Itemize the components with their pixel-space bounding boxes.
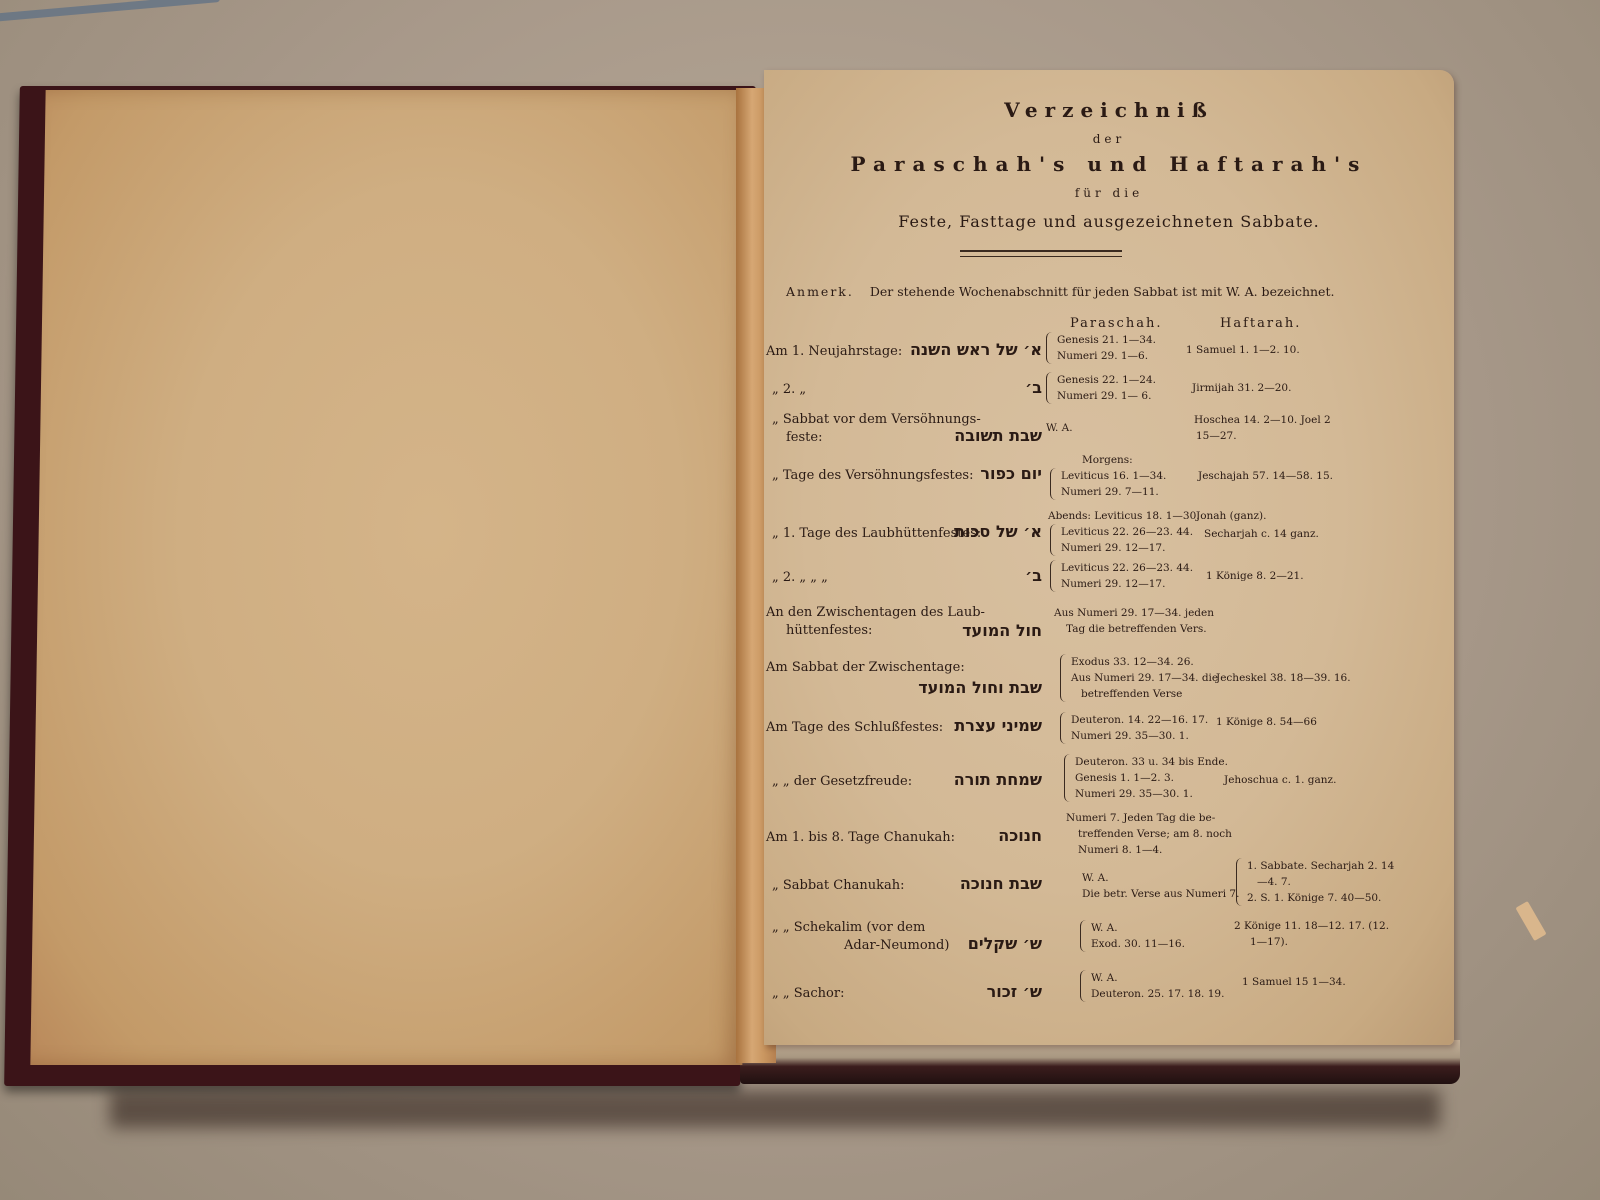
- paraschah-line: Die betr. Verse aus Numeri 7.: [1082, 886, 1239, 902]
- haftarah-line: 15—27.: [1194, 428, 1331, 444]
- paraschah-line: Numeri 29. 12—17.: [1061, 576, 1193, 592]
- paraschah-line: Leviticus 22. 26—23. 44.: [1061, 524, 1193, 540]
- paraschah-line: Aus Numeri 29. 17—34. jeden: [1054, 605, 1214, 621]
- paraschah-line: Numeri 29. 1—6.: [1057, 348, 1156, 364]
- haftarah-line: Jehoschua c. 1. ganz.: [1224, 772, 1336, 788]
- paraschah-line: betreffenden Verse: [1071, 686, 1218, 702]
- paraschah-line: Numeri 29. 35—30. 1.: [1071, 728, 1208, 744]
- row-label: Am Tage des Schlußfestes:: [766, 720, 943, 735]
- haftarah-line: Secharjah c. 14 ganz.: [1204, 526, 1319, 542]
- row-haftarah: 2 Könige 11. 18—12. 17. (12. 1—17).: [1234, 918, 1389, 950]
- row-hebrew: חנוכה: [998, 826, 1042, 845]
- haftarah-line: 1 Samuel 1. 1—2. 10.: [1186, 342, 1300, 358]
- paraschah-line: Exodus 33. 12—34. 26.: [1071, 654, 1218, 670]
- haftarah-line: Hoschea 14. 2—10. Joel 2: [1194, 412, 1331, 428]
- haftarah-prefix: Jonah (ganz).: [1196, 508, 1266, 524]
- row-hebrew: חול המועד: [962, 621, 1042, 640]
- paraschah-line: Genesis 22. 1—24.: [1057, 372, 1156, 388]
- row-hebrew: ש׳ זכור: [987, 982, 1042, 1001]
- title-divider: [960, 250, 1122, 257]
- row-hebrew: שבת וחול המועד: [918, 678, 1042, 697]
- row-paraschah: Leviticus 16. 1—34. Numeri 29. 7—11.: [1050, 468, 1166, 500]
- haftarah-line: 1 Könige 8. 54—66: [1216, 714, 1317, 730]
- left-page-blank: [30, 90, 757, 1065]
- paraschah-line: Deuteron. 25. 17. 18. 19.: [1091, 986, 1224, 1002]
- row-label: „ Tage des Versöhnungsfestes:: [772, 468, 973, 483]
- haftarah-line: Jirmijah 31. 2—20.: [1192, 380, 1291, 396]
- row-haftarah: Secharjah c. 14 ganz.: [1204, 526, 1319, 542]
- right-page: Verzeichniß der Paraschah's und Haftarah…: [764, 70, 1454, 1045]
- paraschah-line: Numeri 29. 7—11.: [1061, 484, 1166, 500]
- row-hebrew: שבת חנוכה: [960, 874, 1042, 893]
- paraschah-line: Numeri 29. 1— 6.: [1057, 388, 1156, 404]
- row-hebrew: א׳ של ראש השנה: [910, 340, 1042, 359]
- row-hebrew: ש׳ שקלים: [968, 934, 1042, 953]
- title-feste: Feste, Fasttage und ausgezeichneten Sabb…: [764, 212, 1454, 231]
- row-paraschah: Genesis 22. 1—24. Numeri 29. 1— 6.: [1046, 372, 1156, 404]
- row-paraschah: Deuteron. 33 u. 34 bis Ende. Genesis 1. …: [1064, 754, 1228, 802]
- row-haftarah: Jeschajah 57. 14—58. 15.: [1198, 468, 1333, 484]
- row-haftarah: 1 Könige 8. 2—21.: [1206, 568, 1304, 584]
- haftarah-line: Jecheskel 38. 18—39. 16.: [1216, 670, 1351, 686]
- row-haftarah: Hoschea 14. 2—10. Joel 2 15—27.: [1194, 412, 1331, 444]
- background-stray-object: [0, 0, 220, 22]
- row-label: Am 1. Neujahrstage:: [766, 344, 902, 359]
- title-der: der: [764, 132, 1454, 146]
- row-hebrew: שמיני עצרת: [954, 716, 1042, 735]
- paraschah-line: Numeri 7. Jeden Tag die be-: [1066, 810, 1232, 826]
- haftarah-line: —4. 7.: [1247, 874, 1394, 890]
- title-fuer-die: für die: [764, 186, 1454, 200]
- row-label: „ 1. Tage des Laubhüttenfestes:: [772, 526, 981, 541]
- paper-scrap: [1515, 901, 1546, 941]
- row-label: „ 2. „ „ „: [772, 570, 828, 585]
- column-header-paraschah: Paraschah.: [1070, 316, 1162, 331]
- haftarah-line: 2 Könige 11. 18—12. 17. (12.: [1234, 918, 1389, 934]
- paraschah-line: Exod. 30. 11—16.: [1091, 936, 1185, 952]
- paraschah-line: Numeri 29. 35—30. 1.: [1075, 786, 1228, 802]
- row-label: „ „ der Gesetzfreude:: [772, 774, 912, 789]
- paraschah-line: W. A.: [1046, 420, 1073, 436]
- haftarah-line: 1 Samuel 15 1—34.: [1242, 974, 1346, 990]
- paraschah-line: Numeri 8. 1—4.: [1066, 842, 1232, 858]
- paraschah-line: Genesis 1. 1—2. 3.: [1075, 770, 1228, 786]
- paraschah-line: treffenden Verse; am 8. noch: [1066, 826, 1232, 842]
- title-paraschah-haftarah: Paraschah's und Haftarah's: [764, 152, 1454, 176]
- paraschah-line: W. A.: [1082, 870, 1239, 886]
- paraschah-line: Leviticus 16. 1—34.: [1061, 468, 1166, 484]
- haftarah-line: Jeschajah 57. 14—58. 15.: [1198, 468, 1333, 484]
- row-paraschah: W. A. Deuteron. 25. 17. 18. 19.: [1080, 970, 1224, 1002]
- row-hebrew: יום כפור: [980, 464, 1042, 483]
- paraschah-line: W. A.: [1091, 920, 1185, 936]
- row-label: „ „ Schekalim (vor dem: [772, 920, 925, 935]
- haftarah-line: 1—17).: [1234, 934, 1389, 950]
- row-label-cont: feste:: [786, 430, 822, 445]
- paraschah-line: Deuteron. 14. 22—16. 17.: [1071, 712, 1208, 728]
- row-hebrew: א׳ של סכות: [954, 522, 1042, 541]
- paraschah-line: Leviticus 22. 26—23. 44.: [1061, 560, 1193, 576]
- row-paraschah: W. A.: [1046, 420, 1073, 436]
- row-paraschah: Aus Numeri 29. 17—34. jeden Tag die betr…: [1054, 605, 1214, 637]
- row-hebrew: ב׳: [1025, 378, 1042, 397]
- row-paraschah: Genesis 21. 1—34. Numeri 29. 1—6.: [1046, 332, 1156, 364]
- row-paraschah: W. A. Exod. 30. 11—16.: [1080, 920, 1185, 952]
- paraschah-line: Numeri 29. 12—17.: [1061, 540, 1193, 556]
- haftarah-line: 1 Könige 8. 2—21.: [1206, 568, 1304, 584]
- row-paraschah: Deuteron. 14. 22—16. 17. Numeri 29. 35—3…: [1060, 712, 1208, 744]
- book-page-block-edge: [740, 1040, 1460, 1084]
- row-label: Am Sabbat der Zwischentage:: [766, 660, 965, 675]
- paraschah-prefix: Morgens:: [1082, 452, 1133, 468]
- row-label: „ Sabbat vor dem Versöhnungs-: [772, 412, 981, 427]
- row-haftarah: Jecheskel 38. 18—39. 16.: [1216, 670, 1351, 686]
- row-label-cont: Adar-Neumond): [844, 938, 949, 953]
- row-paraschah: Leviticus 22. 26—23. 44. Numeri 29. 12—1…: [1050, 524, 1193, 556]
- haftarah-line: 2. S. 1. Könige 7. 40—50.: [1247, 890, 1394, 906]
- row-paraschah: Exodus 33. 12—34. 26. Aus Numeri 29. 17—…: [1060, 654, 1218, 702]
- note-text: Der stehende Wochenabschnitt für jeden S…: [870, 284, 1335, 299]
- row-hebrew: ב׳: [1025, 566, 1042, 585]
- column-header-haftarah: Haftarah.: [1220, 316, 1301, 331]
- row-paraschah: Leviticus 22. 26—23. 44. Numeri 29. 12—1…: [1050, 560, 1193, 592]
- row-hebrew: שבת תשובה: [954, 426, 1042, 445]
- paraschah-line: Aus Numeri 29. 17—34. die: [1071, 670, 1218, 686]
- title-verzeichniss: Verzeichniß: [764, 98, 1454, 122]
- row-haftarah: 1 Könige 8. 54—66: [1216, 714, 1317, 730]
- paraschah-prefix: Abends: Leviticus 18. 1—30.: [1048, 508, 1200, 524]
- row-label-cont: hüttenfestes:: [786, 623, 872, 638]
- paraschah-line: W. A.: [1091, 970, 1224, 986]
- page-title-block: Verzeichniß der Paraschah's und Haftarah…: [764, 98, 1454, 231]
- annotation-note: Anmerk. Der stehende Wochenabschnitt für…: [786, 284, 1334, 299]
- row-hebrew: שמחת תורה: [954, 770, 1042, 789]
- book-shadow: [110, 1090, 1440, 1128]
- row-label: „ Sabbat Chanukah:: [772, 878, 904, 893]
- row-haftarah: 1. Sabbate. Secharjah 2. 14 —4. 7. 2. S.…: [1236, 858, 1394, 906]
- paraschah-line: Deuteron. 33 u. 34 bis Ende.: [1075, 754, 1228, 770]
- haftarah-line: 1. Sabbate. Secharjah 2. 14: [1247, 858, 1394, 874]
- row-haftarah: Jehoschua c. 1. ganz.: [1224, 772, 1336, 788]
- row-label: „ 2. „: [772, 382, 806, 397]
- row-haftarah: 1 Samuel 1. 1—2. 10.: [1186, 342, 1300, 358]
- paraschah-line: Tag die betreffenden Vers.: [1054, 621, 1214, 637]
- row-paraschah: Numeri 7. Jeden Tag die be- treffenden V…: [1066, 810, 1232, 858]
- row-haftarah: 1 Samuel 15 1—34.: [1242, 974, 1346, 990]
- row-label: Am 1. bis 8. Tage Chanukah:: [766, 830, 955, 845]
- note-label: Anmerk.: [786, 284, 854, 299]
- row-label: An den Zwischentagen des Laub-: [766, 605, 985, 620]
- row-paraschah: W. A. Die betr. Verse aus Numeri 7.: [1082, 870, 1239, 902]
- paraschah-line: Genesis 21. 1—34.: [1057, 332, 1156, 348]
- row-haftarah: Jirmijah 31. 2—20.: [1192, 380, 1291, 396]
- row-label: „ „ Sachor:: [772, 986, 844, 1001]
